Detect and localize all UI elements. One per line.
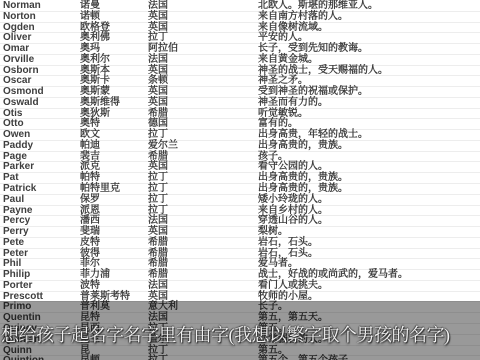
meaning-cell: 穿透山谷的人。	[258, 216, 480, 226]
origin-cell: 拉丁	[148, 184, 258, 194]
english-name-cell: Ogden	[3, 23, 80, 33]
meaning-cell: 神圣之矛。	[258, 76, 480, 86]
english-name-cell: Oliver	[3, 33, 80, 43]
meaning-cell: 出身高贵的，贵族。	[258, 141, 480, 151]
origin-cell: 拉丁	[148, 173, 258, 183]
chinese-name-cell: 帕迪	[80, 141, 148, 151]
meaning-cell: 梨树。	[258, 227, 480, 237]
table-row: Owen 欧文 拉丁 出身高贵，年轻的战士。	[0, 130, 480, 141]
origin-cell: 法国	[148, 1, 258, 11]
table-row: Oswald 奥斯维得 英国 神圣而有力的。	[0, 98, 480, 109]
table-row: Page 裴吉 希腊 孩子。	[0, 152, 480, 163]
table-row: Percy 潘西 法国 穿透山谷的人。	[0, 216, 480, 227]
chinese-name-cell: 诺曼	[80, 1, 148, 11]
english-name-cell: Omar	[3, 44, 80, 54]
english-name-cell: Orville	[3, 55, 80, 65]
table-row: Patrick 帕特里克 拉丁 出身高贵的，贵族。	[0, 184, 480, 195]
origin-cell: 英国	[148, 98, 258, 108]
origin-cell: 希腊	[148, 270, 258, 280]
origin-cell: 英国	[148, 87, 258, 97]
table-row: Osmond 奥斯蒙 英国 受到神圣的祝福或保护。	[0, 87, 480, 98]
english-name-cell: Pat	[3, 173, 80, 183]
meaning-cell: 受到神圣的祝福或保护。	[258, 87, 480, 97]
page: Norman 诺曼 法国 北欧人。斯堪的那维亚人。 Norton 诺顿 英国 来…	[0, 0, 480, 360]
meaning-cell: 看守公园的人。	[258, 162, 480, 172]
chinese-name-cell: 奥斯蒙	[80, 87, 148, 97]
chinese-name-cell: 奥玛	[80, 44, 148, 54]
table-row: Norman 诺曼 法国 北欧人。斯堪的那维亚人。	[0, 1, 480, 12]
table-row: Osborn 奥斯本 英国 神圣的战士，受天赐福的人。	[0, 66, 480, 77]
meaning-cell: 北欧人。斯堪的那维亚人。	[258, 1, 480, 11]
english-name-cell: Owen	[3, 130, 80, 140]
chinese-name-cell: 奥特	[80, 119, 148, 129]
chinese-name-cell: 奥斯卡	[80, 76, 148, 86]
chinese-name-cell: 奥利尔	[80, 55, 148, 65]
meaning-cell: 来自黄金城。	[258, 55, 480, 65]
origin-cell: 条顿	[148, 76, 258, 86]
table-row: Payne 派恩 拉丁 来自乡村的人。	[0, 206, 480, 217]
english-name-cell: Payne	[3, 206, 80, 216]
meaning-cell: 看门人或挑夫。	[258, 281, 480, 291]
table-row: Parker 派克 英国 看守公园的人。	[0, 162, 480, 173]
chinese-name-cell: 保罗	[80, 195, 148, 205]
table-row: Orville 奥利尔 法国 来自黄金城。	[0, 55, 480, 66]
table-row: Otis 奥狄斯 希腊 听觉敏锐。	[0, 109, 480, 120]
english-name-cell: Paddy	[3, 141, 80, 151]
english-name-cell: Norman	[3, 1, 80, 11]
english-name-cell: Peter	[3, 249, 80, 259]
table-row: Philip 菲力浦 希腊 战士，好战的或尚武的，爱马者。	[0, 270, 480, 281]
origin-cell: 爱尔兰	[148, 141, 258, 151]
chinese-name-cell: 诺顿	[80, 12, 148, 22]
meaning-cell: 出身高贵的，贵族。	[258, 184, 480, 194]
table-row: Porter 波特 法国 看门人或挑夫。	[0, 281, 480, 292]
chinese-name-cell: 潘西	[80, 216, 148, 226]
english-name-cell: Osborn	[3, 66, 80, 76]
chinese-name-cell: 帕特	[80, 173, 148, 183]
table-row: Oscar 奥斯卡 条顿 神圣之矛。	[0, 76, 480, 87]
chinese-name-cell: 奥斯维得	[80, 98, 148, 108]
chinese-name-cell: 菲尔	[80, 259, 148, 269]
chinese-name-cell: 帕特里克	[80, 184, 148, 194]
origin-cell: 拉丁	[148, 130, 258, 140]
origin-cell: 希腊	[148, 259, 258, 269]
table-row: Phil 菲尔 希腊 爱马者。	[0, 259, 480, 270]
meaning-cell: 来自南方村落的人。	[258, 12, 480, 22]
meaning-cell: 矮小玲珑的人。	[258, 195, 480, 205]
table-row: Peter 彼得 希腊 岩石，石头。	[0, 249, 480, 260]
origin-cell: 英国	[148, 227, 258, 237]
meaning-cell: 富有的。	[258, 119, 480, 129]
origin-cell: 法国	[148, 55, 258, 65]
english-name-cell: Patrick	[3, 184, 80, 194]
english-name-cell: Percy	[3, 216, 80, 226]
origin-cell: 英国	[148, 12, 258, 22]
meaning-cell: 出身高贵，年轻的战士。	[258, 130, 480, 140]
meaning-cell: 出身高贵的，贵族。	[258, 173, 480, 183]
chinese-name-cell: 波特	[80, 281, 148, 291]
english-name-cell: Norton	[3, 12, 80, 22]
meaning-cell: 爱马者。	[258, 259, 480, 269]
english-name-cell: Phil	[3, 259, 80, 269]
chinese-name-cell: 斐瑞	[80, 227, 148, 237]
english-name-cell: Pete	[3, 238, 80, 248]
table-row: Paul 保罗 拉丁 矮小玲珑的人。	[0, 195, 480, 206]
chinese-name-cell: 菲力浦	[80, 270, 148, 280]
origin-cell: 拉丁	[148, 33, 258, 43]
table-row: Pete 皮特 希腊 岩石，石头。	[0, 238, 480, 249]
meaning-cell: 平安的人。	[258, 33, 480, 43]
english-name-cell: Paul	[3, 195, 80, 205]
table-row: Oliver 奥利佛 拉丁 平安的人。	[0, 33, 480, 44]
english-name-cell: Oswald	[3, 98, 80, 108]
chinese-name-cell: 奥利佛	[80, 33, 148, 43]
origin-cell: 阿拉伯	[148, 44, 258, 54]
english-name-cell: Otto	[3, 119, 80, 129]
chinese-name-cell: 欧文	[80, 130, 148, 140]
english-name-cell: Osmond	[3, 87, 80, 97]
table-row: Ogden 欧格登 英国 来自像树流域。	[0, 23, 480, 34]
english-name-cell: Porter	[3, 281, 80, 291]
meaning-cell: 岩石，石头。	[258, 238, 480, 248]
origin-cell: 英国	[148, 162, 258, 172]
origin-cell: 德国	[148, 119, 258, 129]
meaning-cell: 长子，受到先知的教诲。	[258, 44, 480, 54]
table-row: Otto 奥特 德国 富有的。	[0, 119, 480, 130]
english-name-cell: Parker	[3, 162, 80, 172]
meaning-cell: 神圣而有力的。	[258, 98, 480, 108]
origin-cell: 法国	[148, 281, 258, 291]
table-row: Norton 诺顿 英国 来自南方村落的人。	[0, 12, 480, 23]
table-row: Paddy 帕迪 爱尔兰 出身高贵的，贵族。	[0, 141, 480, 152]
english-name-cell: Page	[3, 152, 80, 162]
origin-cell: 法国	[148, 216, 258, 226]
meaning-cell: 战士，好战的或尚武的，爱马者。	[258, 270, 480, 280]
table-row: Pat 帕特 拉丁 出身高贵的，贵族。	[0, 173, 480, 184]
chinese-name-cell: 派克	[80, 162, 148, 172]
table-row: Omar 奥玛 阿拉伯 长子，受到先知的教诲。	[0, 44, 480, 55]
table-row: Perry 斐瑞 英国 梨树。	[0, 227, 480, 238]
origin-cell: 拉丁	[148, 195, 258, 205]
caption: 想给孩子起名字名字里有由字(我想以繁字取个男孩的名字)	[1, 324, 480, 347]
chinese-name-cell: 皮特	[80, 238, 148, 248]
english-name-cell: Otis	[3, 109, 80, 119]
origin-cell: 希腊	[148, 238, 258, 248]
english-name-cell: Philip	[3, 270, 80, 280]
english-name-cell: Perry	[3, 227, 80, 237]
english-name-cell: Oscar	[3, 76, 80, 86]
